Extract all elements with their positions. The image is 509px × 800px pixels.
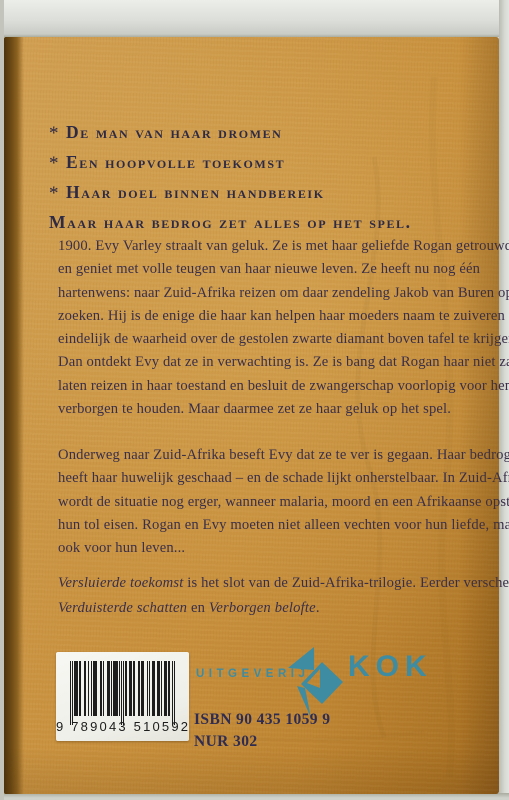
text-line: wordt de situatie nog erger, wanneer mal… xyxy=(58,491,509,514)
text-line: Dan ontdekt Evy dat ze in verwachting is… xyxy=(58,351,509,374)
colophon-block: ISBN 90 435 1059 9 NUR 302 xyxy=(194,709,330,752)
publisher-name: KOK xyxy=(348,650,433,684)
headline-bullet-line: *Een hoopvolle toekomst xyxy=(49,147,412,177)
book-back-cover: *De man van haar dromen *Een hoopvolle t… xyxy=(4,37,499,794)
synopsis-paragraph-1: 1900. Evy Varley straalt van geluk. Ze i… xyxy=(58,235,509,421)
text-line: eindelijk de waarheid over de gestolen z… xyxy=(58,328,509,351)
text-line: zoeken. Hij is de enige die haar kan hel… xyxy=(58,305,509,328)
text-line: ook voor hun leven... xyxy=(58,537,509,560)
spine-shadow xyxy=(4,37,24,794)
barcode-digits: 9 789043 510592 xyxy=(56,719,189,734)
headline-text: Haar doel binnen handbereik xyxy=(66,182,325,202)
isbn-text: ISBN 90 435 1059 9 xyxy=(194,709,330,731)
barcode-label: 9 789043 510592 xyxy=(56,652,189,741)
synopsis-paragraph-2: Onderweg naar Zuid-Afrika beseft Evy dat… xyxy=(58,444,509,560)
headline-block: *De man van haar dromen *Een hoopvolle t… xyxy=(49,117,412,237)
headline-bullet-line: *De man van haar dromen xyxy=(49,117,412,147)
headline-text: Een hoopvolle toekomst xyxy=(66,152,285,172)
text-line: verborgen te houden. Maar daarmee zet ze… xyxy=(58,398,509,421)
text-line: hartenwens: naar Zuid-Afrika reizen om d… xyxy=(58,282,509,305)
book-page-block-top-edge xyxy=(0,0,509,37)
barcode-bars xyxy=(70,661,175,725)
text-line: heeft haar huwelijk geschaad – en de sch… xyxy=(58,467,509,490)
asterisk-bullet-icon: * xyxy=(49,179,66,209)
asterisk-bullet-icon: * xyxy=(49,119,66,149)
headline-text: De man van haar dromen xyxy=(66,122,282,142)
series-note: Versluierde toekomst is het slot van de … xyxy=(58,571,509,620)
text-line: laten reizen in haar toestand en besluit… xyxy=(58,375,509,398)
nur-text: NUR 302 xyxy=(194,731,330,753)
text-line: Verduisterde schatten en Verborgen belof… xyxy=(58,596,509,621)
text-line: Onderweg naar Zuid-Afrika beseft Evy dat… xyxy=(58,444,509,467)
headline-bullet-line: *Haar doel binnen handbereik xyxy=(49,177,412,207)
headline-closing-line: Maar haar bedrog zet alles op het spel. xyxy=(49,207,412,237)
text-line: 1900. Evy Varley straalt van geluk. Ze i… xyxy=(58,235,509,258)
background-bottom-edge xyxy=(0,793,509,800)
asterisk-bullet-icon: * xyxy=(49,149,66,179)
text-line: en geniet met volle teugen van haar nieu… xyxy=(58,258,509,281)
text-line: hun tol eisen. Rogan en Evy moeten niet … xyxy=(58,514,509,537)
text-line: Versluierde toekomst is het slot van de … xyxy=(58,571,509,596)
